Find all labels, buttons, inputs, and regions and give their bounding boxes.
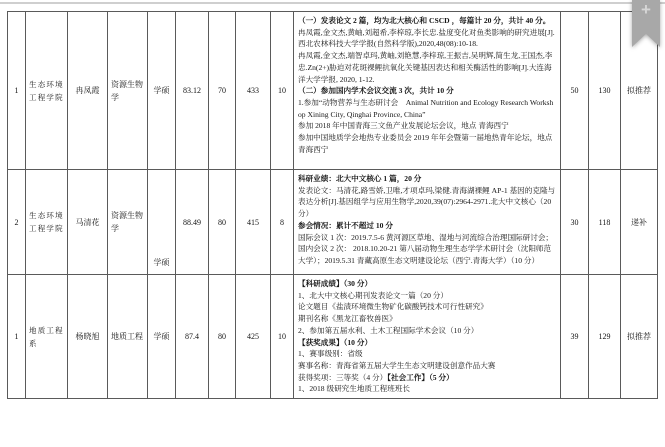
achievement-line: 1、赛事级别：省级 (298, 348, 556, 360)
score-e-cell: 50 (561, 12, 589, 170)
result-cell: 拟推荐 (621, 275, 658, 399)
achievement-text: 参加 2018 年中国青海三文鱼产业发展论坛会议，地点 青海西宁 (298, 121, 509, 130)
table-row: 1生态环境工程学院冉凤霞资源生物学学硕83.127043310（一）发表论文 2… (8, 12, 658, 170)
achievement-line: 赛事名称：青海省第五届大学生生态文明建设创意作品大赛 (298, 360, 556, 372)
achievement-line: 冉凤霞,金文杰,黄岫,刘超希,李梓琼,李长忠.盐度变化对鱼类影响的研究进展[J]… (298, 27, 556, 50)
achievement-line: 1、北大中文核心期刊发表论文一篇（20 分） (298, 290, 556, 302)
evaluation-table: 1生态环境工程学院冉凤霞资源生物学学硕83.127043310（一）发表论文 2… (7, 11, 658, 399)
achievement-heading-text: 【获奖成果】（10 分） (298, 338, 372, 347)
achievements-cell: 科研业绩：北大中文核心 1 篇，20 分发表论文：马清花,路雪娇,卫唯,才项卓玛… (294, 170, 561, 275)
achievement-line: （一）发表论文 2 篇，均为北大核心和 CSCD ，每篇计 20 分，共计 40… (298, 15, 556, 27)
major-cell: 资源生物学 (108, 170, 148, 275)
achievement-line: 2、参加第五届水利、土木工程国际学术会议（10 分） (298, 325, 556, 337)
score-c-cell: 433 (236, 12, 271, 170)
score-weighted-cell: 88.49 (176, 170, 209, 275)
name-cell: 冉凤霞 (68, 12, 108, 170)
achievement-line: 1、2018 级研究生地质工程班班长 (298, 383, 556, 395)
achievement-text: 1、北大中文核心期刊发表论文一篇（20 分） (298, 291, 448, 300)
college-cell: 生态环境工程学院 (26, 170, 68, 275)
serial-cell: 2 (8, 170, 26, 275)
degree-cell: 学硕 (148, 275, 176, 399)
total-cell: 129 (589, 275, 621, 399)
table-row: 1地质工程系杨晓旭地质工程学硕87.48042510【科研成绩】（30 分）1、… (8, 275, 658, 399)
achievement-text: 1.参加“动物营养与生态研讨会 Animal Nutrition and Eco… (298, 98, 553, 119)
result-cell: 递补 (621, 170, 658, 275)
plus-icon: + (632, 0, 660, 19)
score-d-cell: 10 (271, 12, 294, 170)
score-b-cell: 70 (209, 12, 236, 170)
score-d-cell: 8 (271, 170, 294, 275)
achievement-heading-text: （一）发表论文 2 篇，均为北大核心和 CSCD ，每篇计 20 分，共计 40… (298, 16, 550, 25)
total-cell: 130 (589, 12, 621, 170)
achievement-text: 冉凤霞,金文杰,端智卓玛,黄岫,刘艳慧,李梓琼,王振吉,吴明辉,简生龙,王国杰,… (298, 51, 552, 83)
achievement-heading-text: 【科研成绩】（30 分） (298, 279, 372, 288)
score-c-cell: 425 (236, 275, 271, 399)
achievement-line: 期刊名称《黑龙江畜牧兽医》 (298, 313, 556, 325)
achievement-line: 参会情况：累计不超过 10 分 (298, 220, 556, 232)
major-cell: 地质工程 (108, 275, 148, 399)
achievement-text: 参加中国地质学会地热专业委员会 2019 年年会暨第一届地热青年论坛，地点 青海… (298, 133, 552, 154)
achievements-cell: （一）发表论文 2 篇，均为北大核心和 CSCD ，每篇计 20 分，共计 40… (294, 12, 561, 170)
achievement-line: 国际会议 1 次：2019.7.5-6 黄河源区草地、湿地与河流综合治理国际研讨… (298, 232, 556, 267)
achievement-line: 科研业绩：北大中文核心 1 篇，20 分 (298, 173, 556, 185)
name-cell: 杨晓旭 (68, 275, 108, 399)
achievement-line: 【获奖成果】（10 分） (298, 337, 556, 349)
achievement-line: 获得奖项：三等奖（4 分）【社会工作】（5 分） (298, 372, 556, 384)
achievement-text: 国际会议 1 次：2019.7.5-6 黄河源区草地、湿地与河流综合治理国际研讨… (298, 233, 553, 265)
page-top-border (0, 2, 665, 4)
score-d-cell: 10 (271, 275, 294, 399)
achievement-text: 冉凤霞,金文杰,黄岫,刘超希,李梓琼,李长忠.盐度变化对鱼类影响的研究进展[J]… (298, 28, 555, 49)
achievement-text: 期刊名称《黑龙江畜牧兽医》 (298, 314, 397, 323)
score-b-cell: 80 (209, 170, 236, 275)
achievement-line: （二）参加国内学术会议交流 3 次，共计 10 分 (298, 85, 556, 97)
achievement-text: 论文题目《盐渍环境微生物矿化碳酸钙技术可行性研究》 (298, 302, 488, 311)
achievement-heading-text: 【社会工作】（5 分） (387, 373, 453, 382)
serial-cell: 1 (8, 275, 26, 399)
name-cell: 马清花 (68, 170, 108, 275)
achievement-line: 参加 2018 年中国青海三文鱼产业发展论坛会议，地点 青海西宁 (298, 120, 556, 132)
achievement-text: 发表论文：马清花,路雪娇,卫唯,才项卓玛,梁健.青海湖裸鲤 AP-1 基因的克隆… (298, 186, 555, 218)
serial-cell: 1 (8, 12, 26, 170)
score-weighted-cell: 83.12 (176, 12, 209, 170)
table-body: 1生态环境工程学院冉凤霞资源生物学学硕83.127043310（一）发表论文 2… (8, 12, 658, 399)
total-cell: 118 (589, 170, 621, 275)
score-c-cell: 415 (236, 170, 271, 275)
college-cell: 生态环境工程学院 (26, 12, 68, 170)
achievement-text: 赛事名称：青海省第五届大学生生态文明建设创意作品大赛 (298, 361, 495, 370)
score-e-cell: 39 (561, 275, 589, 399)
achievement-line: 论文题目《盐渍环境微生物矿化碳酸钙技术可行性研究》 (298, 301, 556, 313)
college-cell: 地质工程系 (26, 275, 68, 399)
achievement-heading-text: 参会情况：累计不超过 10 分 (298, 221, 393, 230)
achievement-line: 冉凤霞,金文杰,端智卓玛,黄岫,刘艳慧,李梓琼,王振吉,吴明辉,简生龙,王国杰,… (298, 50, 556, 85)
document-page: + 1生态环境工程学院冉凤霞资源生物学学硕83.127043310（一）发表论文… (0, 0, 665, 447)
achievement-text: 1、2018 级研究生地质工程班班长 (298, 384, 410, 393)
achievement-heading-text: （二）参加国内学术会议交流 3 次，共计 10 分 (298, 86, 454, 95)
score-weighted-cell: 87.4 (176, 275, 209, 399)
score-e-cell: 30 (561, 170, 589, 275)
achievement-line: 1.参加“动物营养与生态研讨会 Animal Nutrition and Eco… (298, 97, 556, 120)
achievements-cell: 【科研成绩】（30 分）1、北大中文核心期刊发表论文一篇（20 分）论文题目《盐… (294, 275, 561, 399)
achievement-text: 获得奖项：三等奖（4 分） (298, 373, 387, 382)
achievement-text: 2、参加第五届水利、土木工程国际学术会议（10 分） (298, 326, 478, 335)
achievement-text: 1、赛事级别：省级 (298, 349, 363, 358)
table-row: 2生态环境工程学院马清花资源生物学学硕88.49804158科研业绩：北大中文核… (8, 170, 658, 275)
degree-cell: 学硕 (148, 12, 176, 170)
achievement-line: 发表论文：马清花,路雪娇,卫唯,才项卓玛,梁健.青海湖裸鲤 AP-1 基因的克隆… (298, 185, 556, 220)
add-bookmark-icon[interactable]: + (632, 0, 660, 47)
score-b-cell: 80 (209, 275, 236, 399)
achievement-heading-text: 科研业绩：北大中文核心 1 篇，20 分 (298, 174, 421, 183)
major-cell: 资源生物学 (108, 12, 148, 170)
achievement-line: 参加中国地质学会地热专业委员会 2019 年年会暨第一届地热青年论坛，地点 青海… (298, 132, 556, 155)
degree-cell: 学硕 (148, 170, 176, 275)
achievement-line: 【科研成绩】（30 分） (298, 278, 556, 290)
